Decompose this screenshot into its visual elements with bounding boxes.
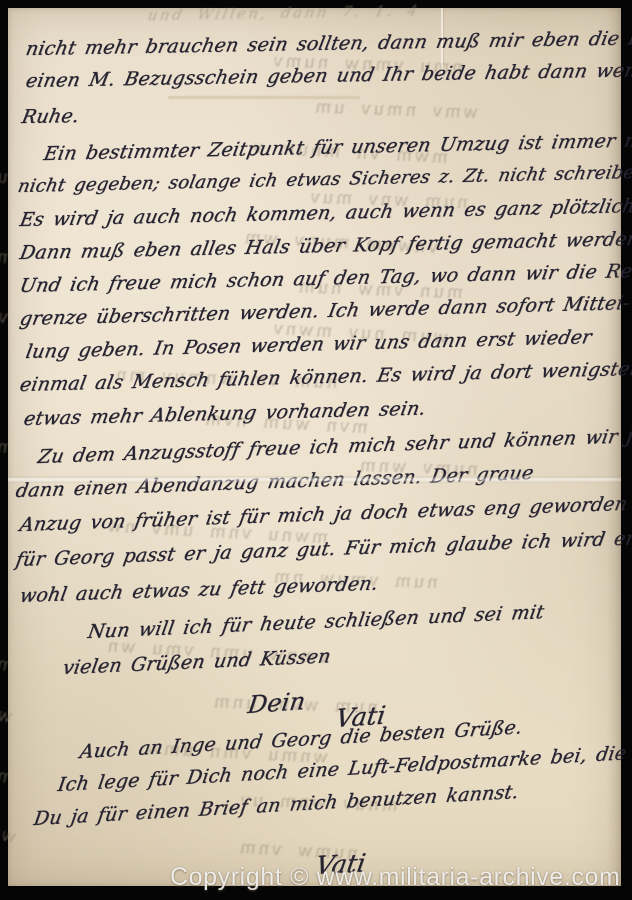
handwritten-line: Ruhe. xyxy=(20,105,81,128)
handwritten-line: einmal als Mensch fühlen können. Es wird… xyxy=(18,357,632,396)
handwritten-line: Nun will ich für heute schließen und sei… xyxy=(86,601,546,643)
paper-edge-shadow xyxy=(607,8,621,886)
scanned-letter-page: { "scan": { "paper_color": "#ece2cd", "i… xyxy=(0,0,632,900)
handwritten-line: Es wird ja auch noch kommen, auch wenn e… xyxy=(18,194,632,231)
ink-layer: nicht mehr brauchen sein sollten, dann m… xyxy=(8,8,621,886)
handwritten-line: nicht mehr brauchen sein sollten, dann m… xyxy=(24,26,632,60)
handwritten-line: Ein bestimmter Zeitpunkt für unseren Umz… xyxy=(42,129,632,165)
handwritten-line: einen M. Bezugsschein geben und Ihr beid… xyxy=(24,58,632,92)
handwritten-line: etwas mehr Ablenkung vorhanden sein. xyxy=(22,397,428,430)
letter-paper: und Willen, dann 7. 1. 4nmu vmnw numvwmv… xyxy=(8,8,621,886)
handwritten-line: Dein xyxy=(246,687,307,719)
fold-crease-horizontal xyxy=(8,476,621,483)
handwritten-line: Dann muß eben alles Hals über Kopf ferti… xyxy=(18,228,632,264)
handwritten-line: grenze überschritten werden. Ich werde d… xyxy=(18,292,632,330)
copyright-watermark: Copyright © www.militaria-archive.com xyxy=(170,863,620,892)
handwritten-line: Und ich freue mich schon auf den Tag, wo… xyxy=(18,259,632,297)
handwritten-line: vielen Grüßen und Küssen xyxy=(61,645,332,679)
handwritten-line: Zu dem Anzugsstoff freue ich mich sehr u… xyxy=(36,425,632,468)
handwritten-line: wohl auch etwas zu fett geworden. xyxy=(18,572,380,607)
handwritten-line: lung geben. In Posen werden wir uns dann… xyxy=(24,326,594,363)
handwritten-line: nicht gegeben; solange ich etwas Sichere… xyxy=(16,160,632,197)
